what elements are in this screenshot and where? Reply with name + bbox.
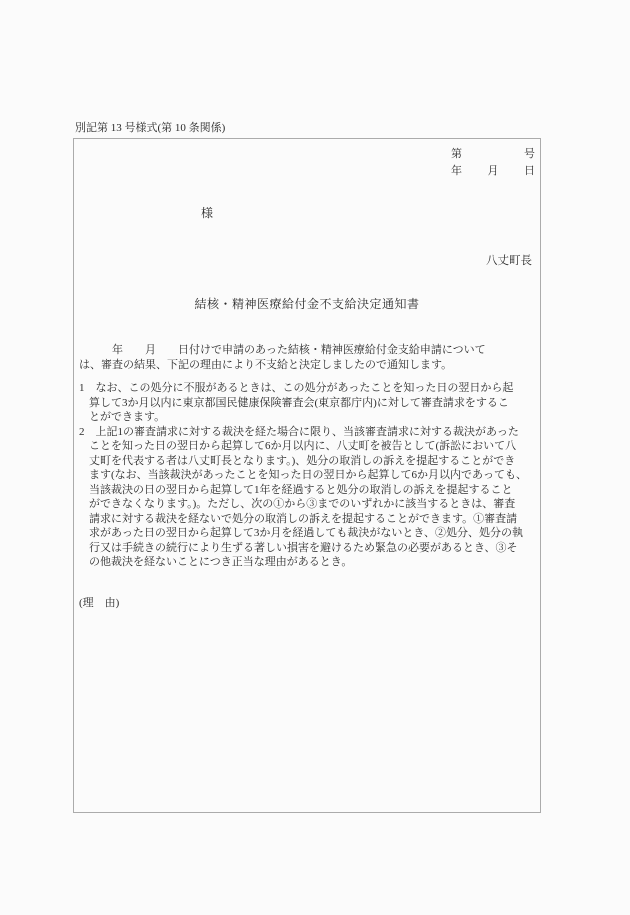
form-style-label: 別記第 13 号様式(第 10 条関係) — [75, 121, 225, 135]
body-line: ます(なお、当該裁決があったことを知った日の翌日から起算して6か月以内であっても… — [79, 468, 538, 483]
notice-box: 第 号 年 月 日 様 八丈町長 結核・精神医療給付金不支給決定通知書 年 月 … — [73, 138, 541, 813]
recipient-honorific: 様 — [201, 205, 213, 221]
body-line: 1 なお、この処分に不服があるときは、この処分があったことを知った日の翌日から起 — [79, 381, 538, 396]
document-page: 別記第 13 号様式(第 10 条関係) 第 号 年 月 日 様 八丈町長 結核… — [0, 0, 630, 915]
sender-name: 八丈町長 — [486, 254, 532, 269]
body-line: は、審査の結果、下記の理由により不支給と決定しましたので通知します。 — [79, 358, 538, 373]
appeal-item-2: 2 上記1の審査請求に対する裁決を経た場合に限り、当該審査請求に対する裁決があっ… — [79, 425, 538, 570]
document-body: 年 月 日付けで申請のあった結核・精神医療給付金支給申請について は、審査の結果… — [79, 343, 538, 611]
issue-date-row: 年 月 日 — [451, 163, 535, 180]
body-line: 算して3か月以内に東京都国民健康保険審査会(東京都庁内)に対して審査請求をするこ — [79, 396, 538, 411]
date-day-label: 日 — [524, 163, 535, 180]
document-header-block: 第 号 年 月 日 — [451, 146, 535, 180]
doc-number-row: 第 号 — [451, 146, 535, 163]
date-month-label: 月 — [488, 163, 499, 180]
doc-number-suffix: 号 — [524, 146, 535, 163]
body-line: 請求に対する裁決を経ないで処分の取消しの訴えを提起することができます。①審査請 — [79, 512, 538, 527]
body-line: 当該裁決の日の翌日から起算して1年を経過すると処分の取消しの訴えを提起すること — [79, 483, 538, 498]
body-line: ができなくなります。)。ただし、次の①から③までのいずれかに該当するときは、審査 — [79, 497, 538, 512]
body-line: とができます。 — [79, 410, 538, 425]
reason-label: (理 由) — [79, 596, 538, 611]
body-line: 年 月 日付けで申請のあった結核・精神医療給付金支給申請について — [79, 343, 538, 358]
body-line: 求があった日の翌日から起算して3か月を経過しても裁決がないとき、②処分、処分の執 — [79, 526, 538, 541]
body-line: 2 上記1の審査請求に対する裁決を経た場合に限り、当該審査請求に対する裁決があっ… — [79, 425, 538, 440]
document-title: 結核・精神医療給付金不支給決定通知書 — [74, 296, 540, 312]
date-year-label: 年 — [451, 163, 462, 180]
intro-paragraph: 年 月 日付けで申請のあった結核・精神医療給付金支給申請について は、審査の結果… — [79, 343, 538, 372]
body-line: 丈町を代表する者は八丈町長となります。)、処分の取消しの訴えを提起することができ — [79, 454, 538, 469]
body-line: の他裁決を経ないことにつき正当な理由があるとき。 — [79, 555, 538, 570]
body-line: 行又は手続きの続行により生ずる著しい損害を避けるため緊急の必要があるとき、③そ — [79, 541, 538, 556]
body-line: ことを知った日の翌日から起算して6か月以内に、八丈町を被告として(訴訟において八 — [79, 439, 538, 454]
appeal-item-1: 1 なお、この処分に不服があるときは、この処分があったことを知った日の翌日から起… — [79, 381, 538, 425]
doc-number-prefix: 第 — [451, 146, 462, 163]
